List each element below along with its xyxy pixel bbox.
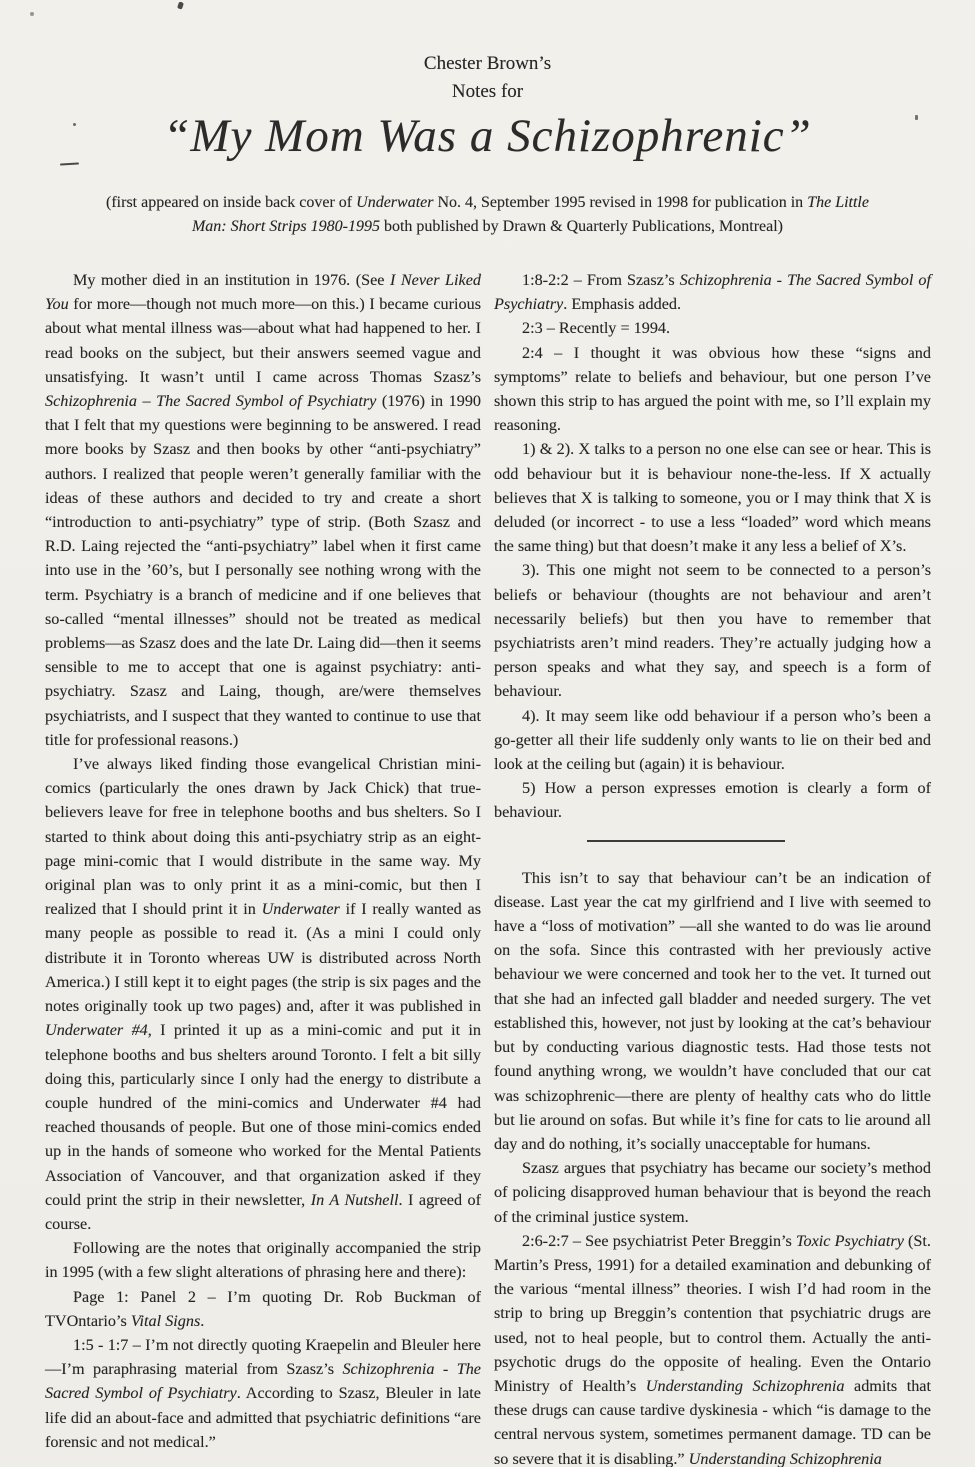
paragraph: 4). It may seem like odd behaviour if a … [494,704,931,777]
italic-text-run: Underwater [356,194,433,211]
paragraph: Following are the notes that originally … [45,1236,481,1284]
italic-text-run: Schizophrenia – The Sacred Symbol of Psy… [45,392,376,410]
italic-text-run: In A Nutshell [311,1191,399,1209]
text-run: 2:4 – I thought it was obvious how these… [494,344,931,435]
text-run: Page 1: Panel 2 – I’m quoting Dr. Rob Bu… [45,1288,481,1330]
italic-text-run: Underwater [262,900,340,918]
text-run: . [200,1312,204,1330]
paragraph: 2:3 – Recently = 1994. [494,316,931,340]
italic-text-run: Understanding Schizophrenia [689,1450,882,1467]
text-run: 4). It may seem like odd behaviour if a … [494,707,931,773]
text-run: 3). This one might not seem to be connec… [494,561,931,700]
left-column: My mother died in an institution in 1976… [45,268,481,1454]
paragraph: I’ve always liked finding those evangeli… [45,752,481,1236]
text-run: for more—though not much more—on this.) … [45,295,481,386]
text-run: (1976) in 1990 that I felt that my quest… [45,392,481,749]
text-run: , I printed it up as a mini-comic and pu… [45,1021,481,1208]
text-run: This isn’t to say that behaviour can’t b… [494,869,931,1153]
right-column: 1:8-2:2 – From Szasz’s Schizophrenia - T… [494,268,931,1467]
scanned-document-page: Chester Brown’s Notes for “My Mom Was a … [0,0,975,1467]
paragraph: This isn’t to say that behaviour can’t b… [494,866,931,1156]
italic-text-run: Underwater #4 [45,1021,148,1039]
text-run: 2:6-2:7 – See psychiatrist Peter Breggin… [522,1232,796,1250]
paragraph: Page 1: Panel 2 – I’m quoting Dr. Rob Bu… [45,1285,481,1333]
text-run: My mother died in an institution in 1976… [73,271,390,289]
scan-artifact [30,12,34,16]
text-run: 1:8-2:2 – From Szasz’s [522,271,680,289]
text-run: both published by Drawn & Quarterly Publ… [380,218,783,235]
notes-for-label: Notes for [0,80,975,104]
text-run: Szasz argues that psychiatry has became … [494,1159,931,1225]
paragraph: 2:6-2:7 – See psychiatrist Peter Breggin… [494,1229,931,1467]
text-run: 5) How a person expresses emotion is cle… [494,779,931,821]
section-divider [587,840,785,842]
paragraph: 2:4 – I thought it was obvious how these… [494,341,931,438]
text-run: Following are the notes that originally … [45,1239,481,1281]
page-title: “My Mom Was a Schizophrenic” [0,106,975,166]
italic-text-run: Toxic Psychiatry [796,1232,904,1250]
text-run: . Emphasis added. [563,295,681,313]
paragraph: 1:5 - 1:7 – I’m not directly quoting Kra… [45,1333,481,1454]
paragraph: My mother died in an institution in 1976… [45,268,481,752]
text-run: No. 4, September 1995 revised in 1998 fo… [433,194,807,211]
scan-artifact [177,1,184,9]
paragraph: 1) & 2). X talks to a person no one else… [494,437,931,558]
paragraph: Szasz argues that psychiatry has became … [494,1156,931,1229]
italic-text-run: Understanding Schizophrenia [646,1377,845,1395]
text-run: I’ve always liked finding those evangeli… [45,755,481,918]
text-run: (St. Martin’s Press, 1991) for a detaile… [494,1232,931,1395]
paragraph: 1:8-2:2 – From Szasz’s Schizophrenia - T… [494,268,931,316]
italic-text-run: Vital Signs [131,1312,200,1330]
text-run: (first appeared on inside back cover of [106,194,356,211]
publication-note: (first appeared on inside back cover of … [93,191,883,238]
text-run: 1) & 2). X talks to a person no one else… [494,440,931,555]
text-run: 2:3 – Recently = 1994. [522,319,670,337]
paragraph: 5) How a person expresses emotion is cle… [494,776,931,824]
author-byline: Chester Brown’s [0,52,975,76]
paragraph: 3). This one might not seem to be connec… [494,558,931,703]
